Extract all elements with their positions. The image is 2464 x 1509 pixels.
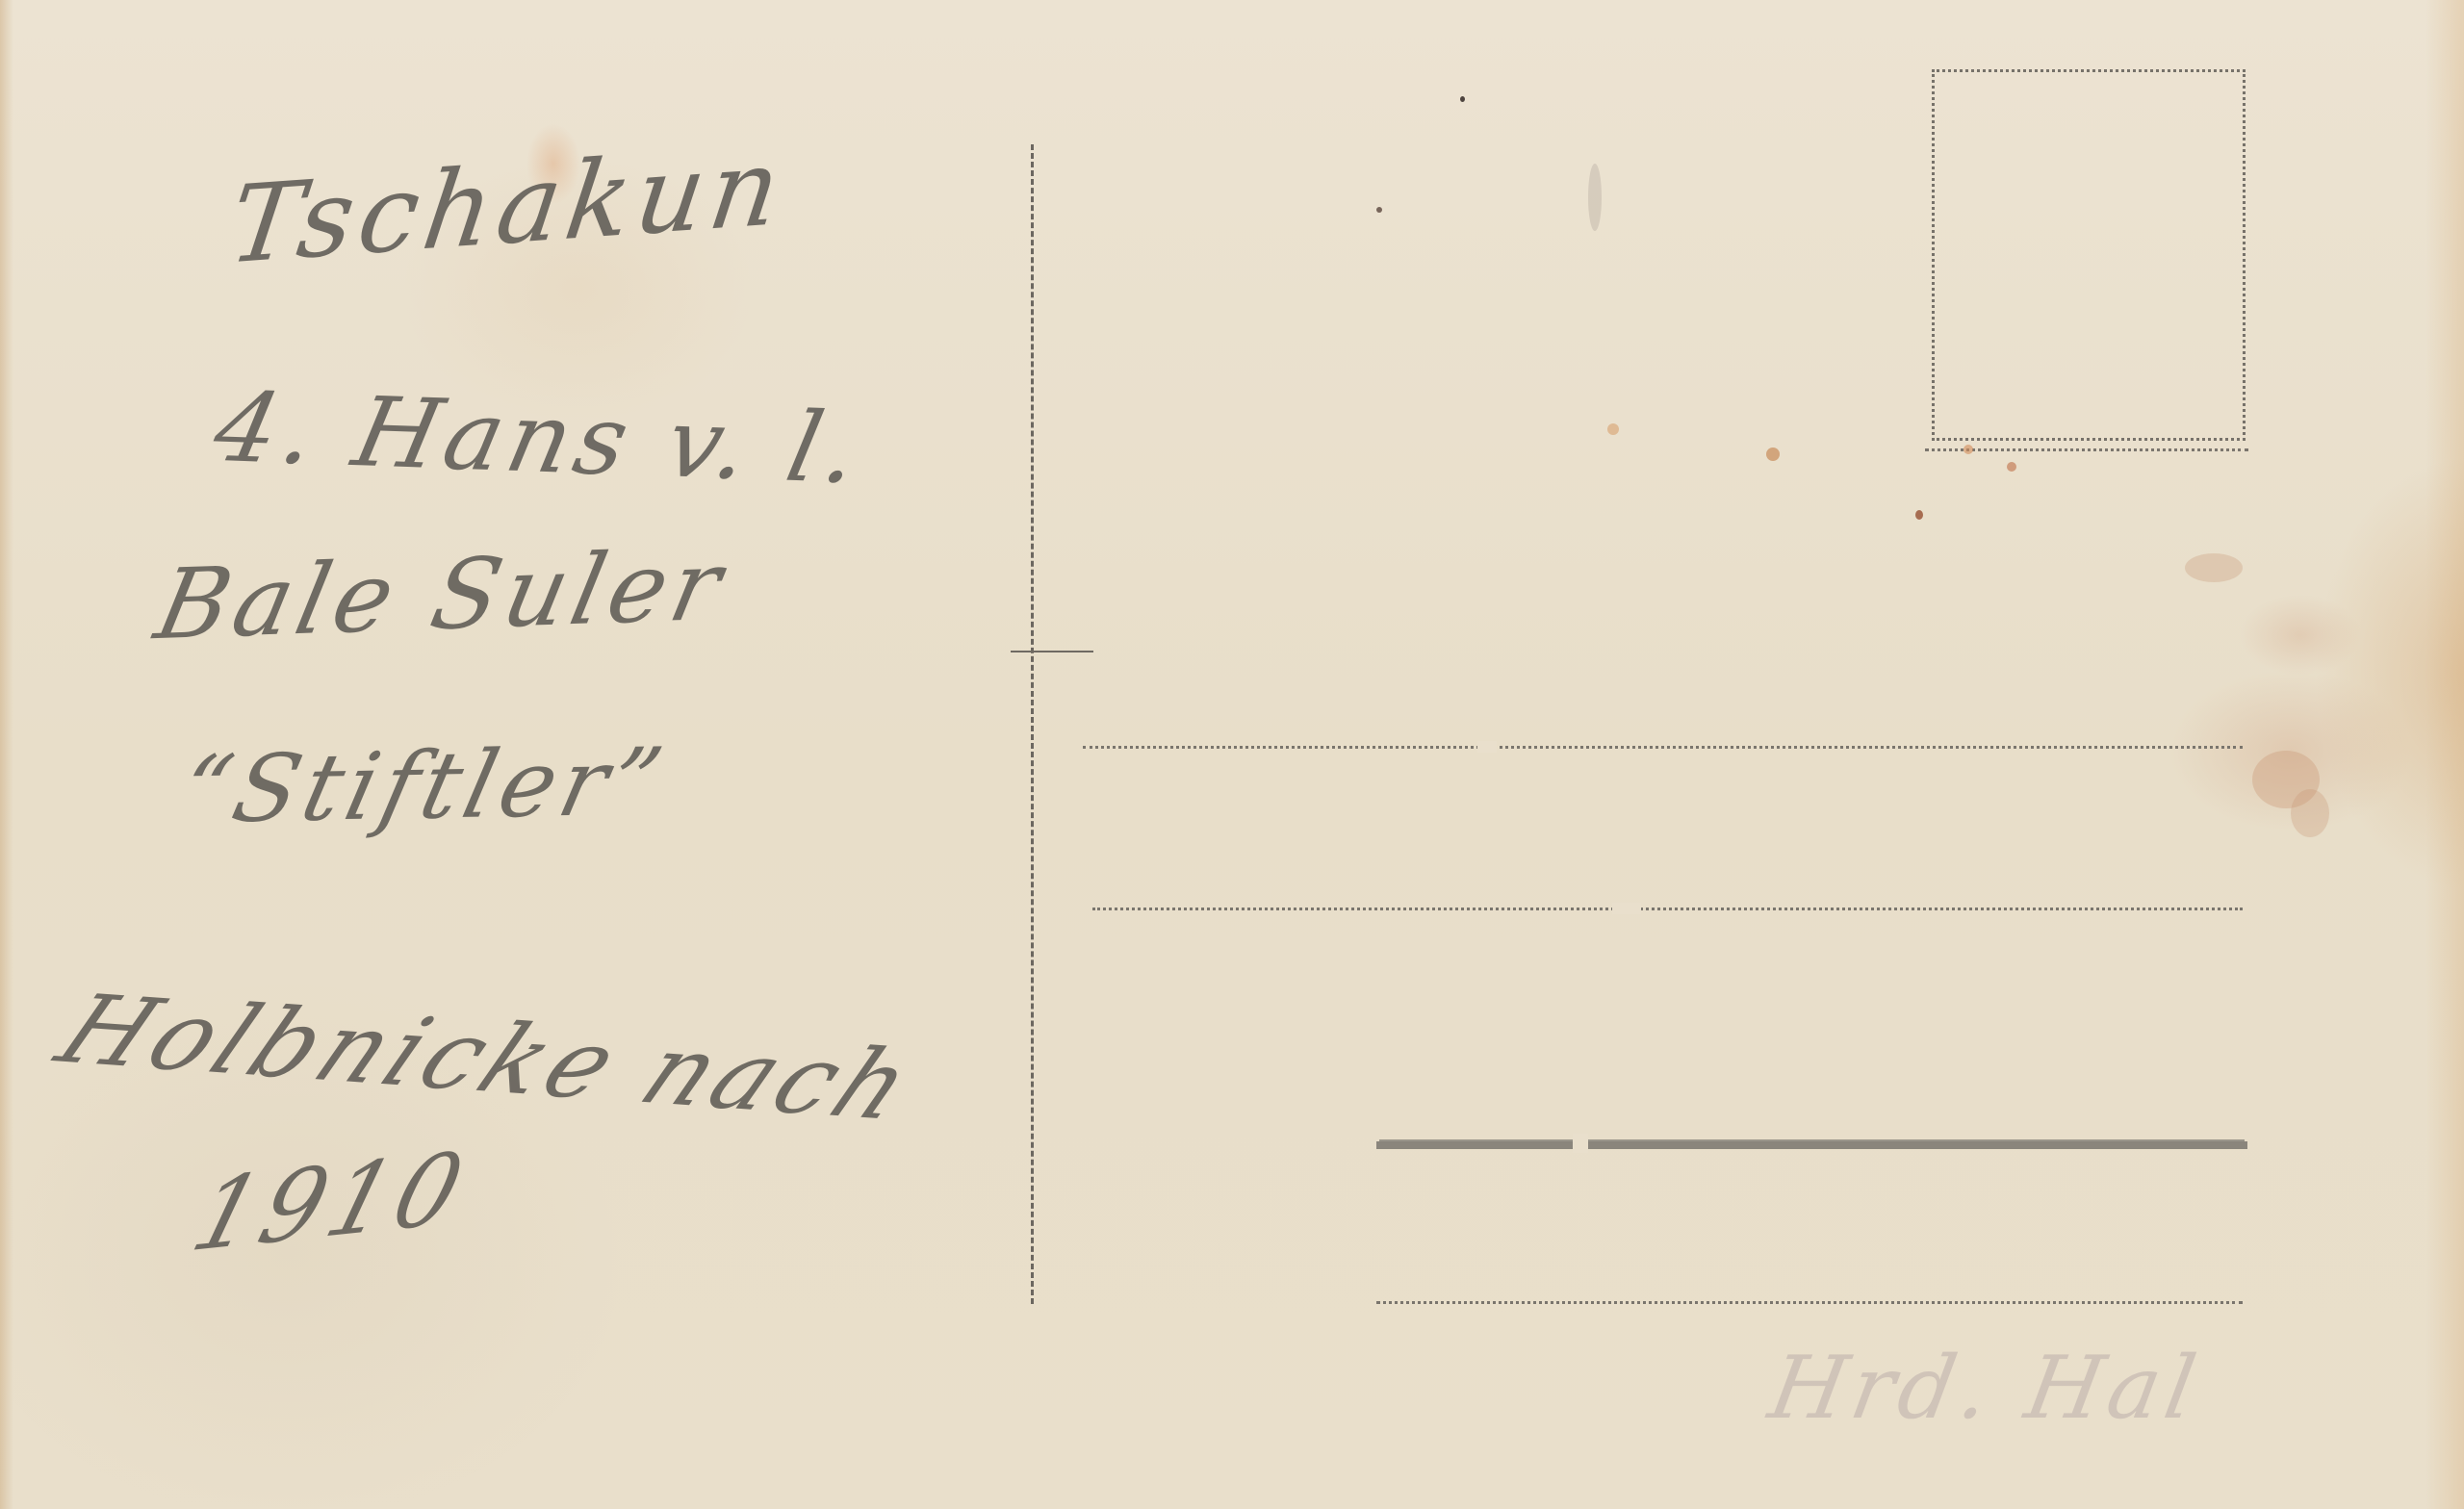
crease-mark (1588, 164, 1602, 231)
handwriting-line-4: “Stiftler” (170, 728, 678, 844)
stain-speck (1607, 423, 1619, 435)
handwriting-line-1: Tschakun (222, 124, 793, 288)
center-divider (1031, 144, 1034, 1304)
address-line-gap (1573, 1134, 1588, 1153)
stain-speck (1460, 96, 1465, 102)
stain-speck (1963, 445, 1973, 454)
stain-speck (1915, 510, 1923, 520)
stain-speck (2007, 462, 2016, 472)
stain-blot (2291, 789, 2329, 837)
stain-blot (2185, 553, 2243, 582)
handwriting-year: 1910 (181, 1130, 481, 1274)
address-line-3 (1376, 1141, 2247, 1149)
faint-pencil-note: Hrd. Hal (1762, 1338, 2209, 1439)
handwriting-line-3: Bale Suler (146, 528, 736, 661)
handwriting-line-5: Holbnicke nach (40, 974, 935, 1142)
address-line-gap (1477, 741, 1497, 753)
paper-edge-left (0, 0, 13, 1509)
address-line-gap (1612, 903, 1641, 914)
address-line-1 (1083, 746, 2243, 749)
address-line-4 (1376, 1301, 2243, 1304)
stamp-underline (1925, 448, 2248, 451)
handwriting-line-2: 4. Hans v. l. (205, 371, 875, 505)
divider-tick (1011, 651, 1093, 652)
stain-speck (1376, 207, 1382, 213)
paper-edge-right (2425, 0, 2464, 1509)
address-line-2 (1092, 908, 2243, 910)
stamp-box (1932, 69, 2246, 441)
postcard-back: Tschakun 4. Hans v. l. Bale Suler “Stift… (0, 0, 2464, 1509)
stain-speck (1766, 448, 1780, 461)
